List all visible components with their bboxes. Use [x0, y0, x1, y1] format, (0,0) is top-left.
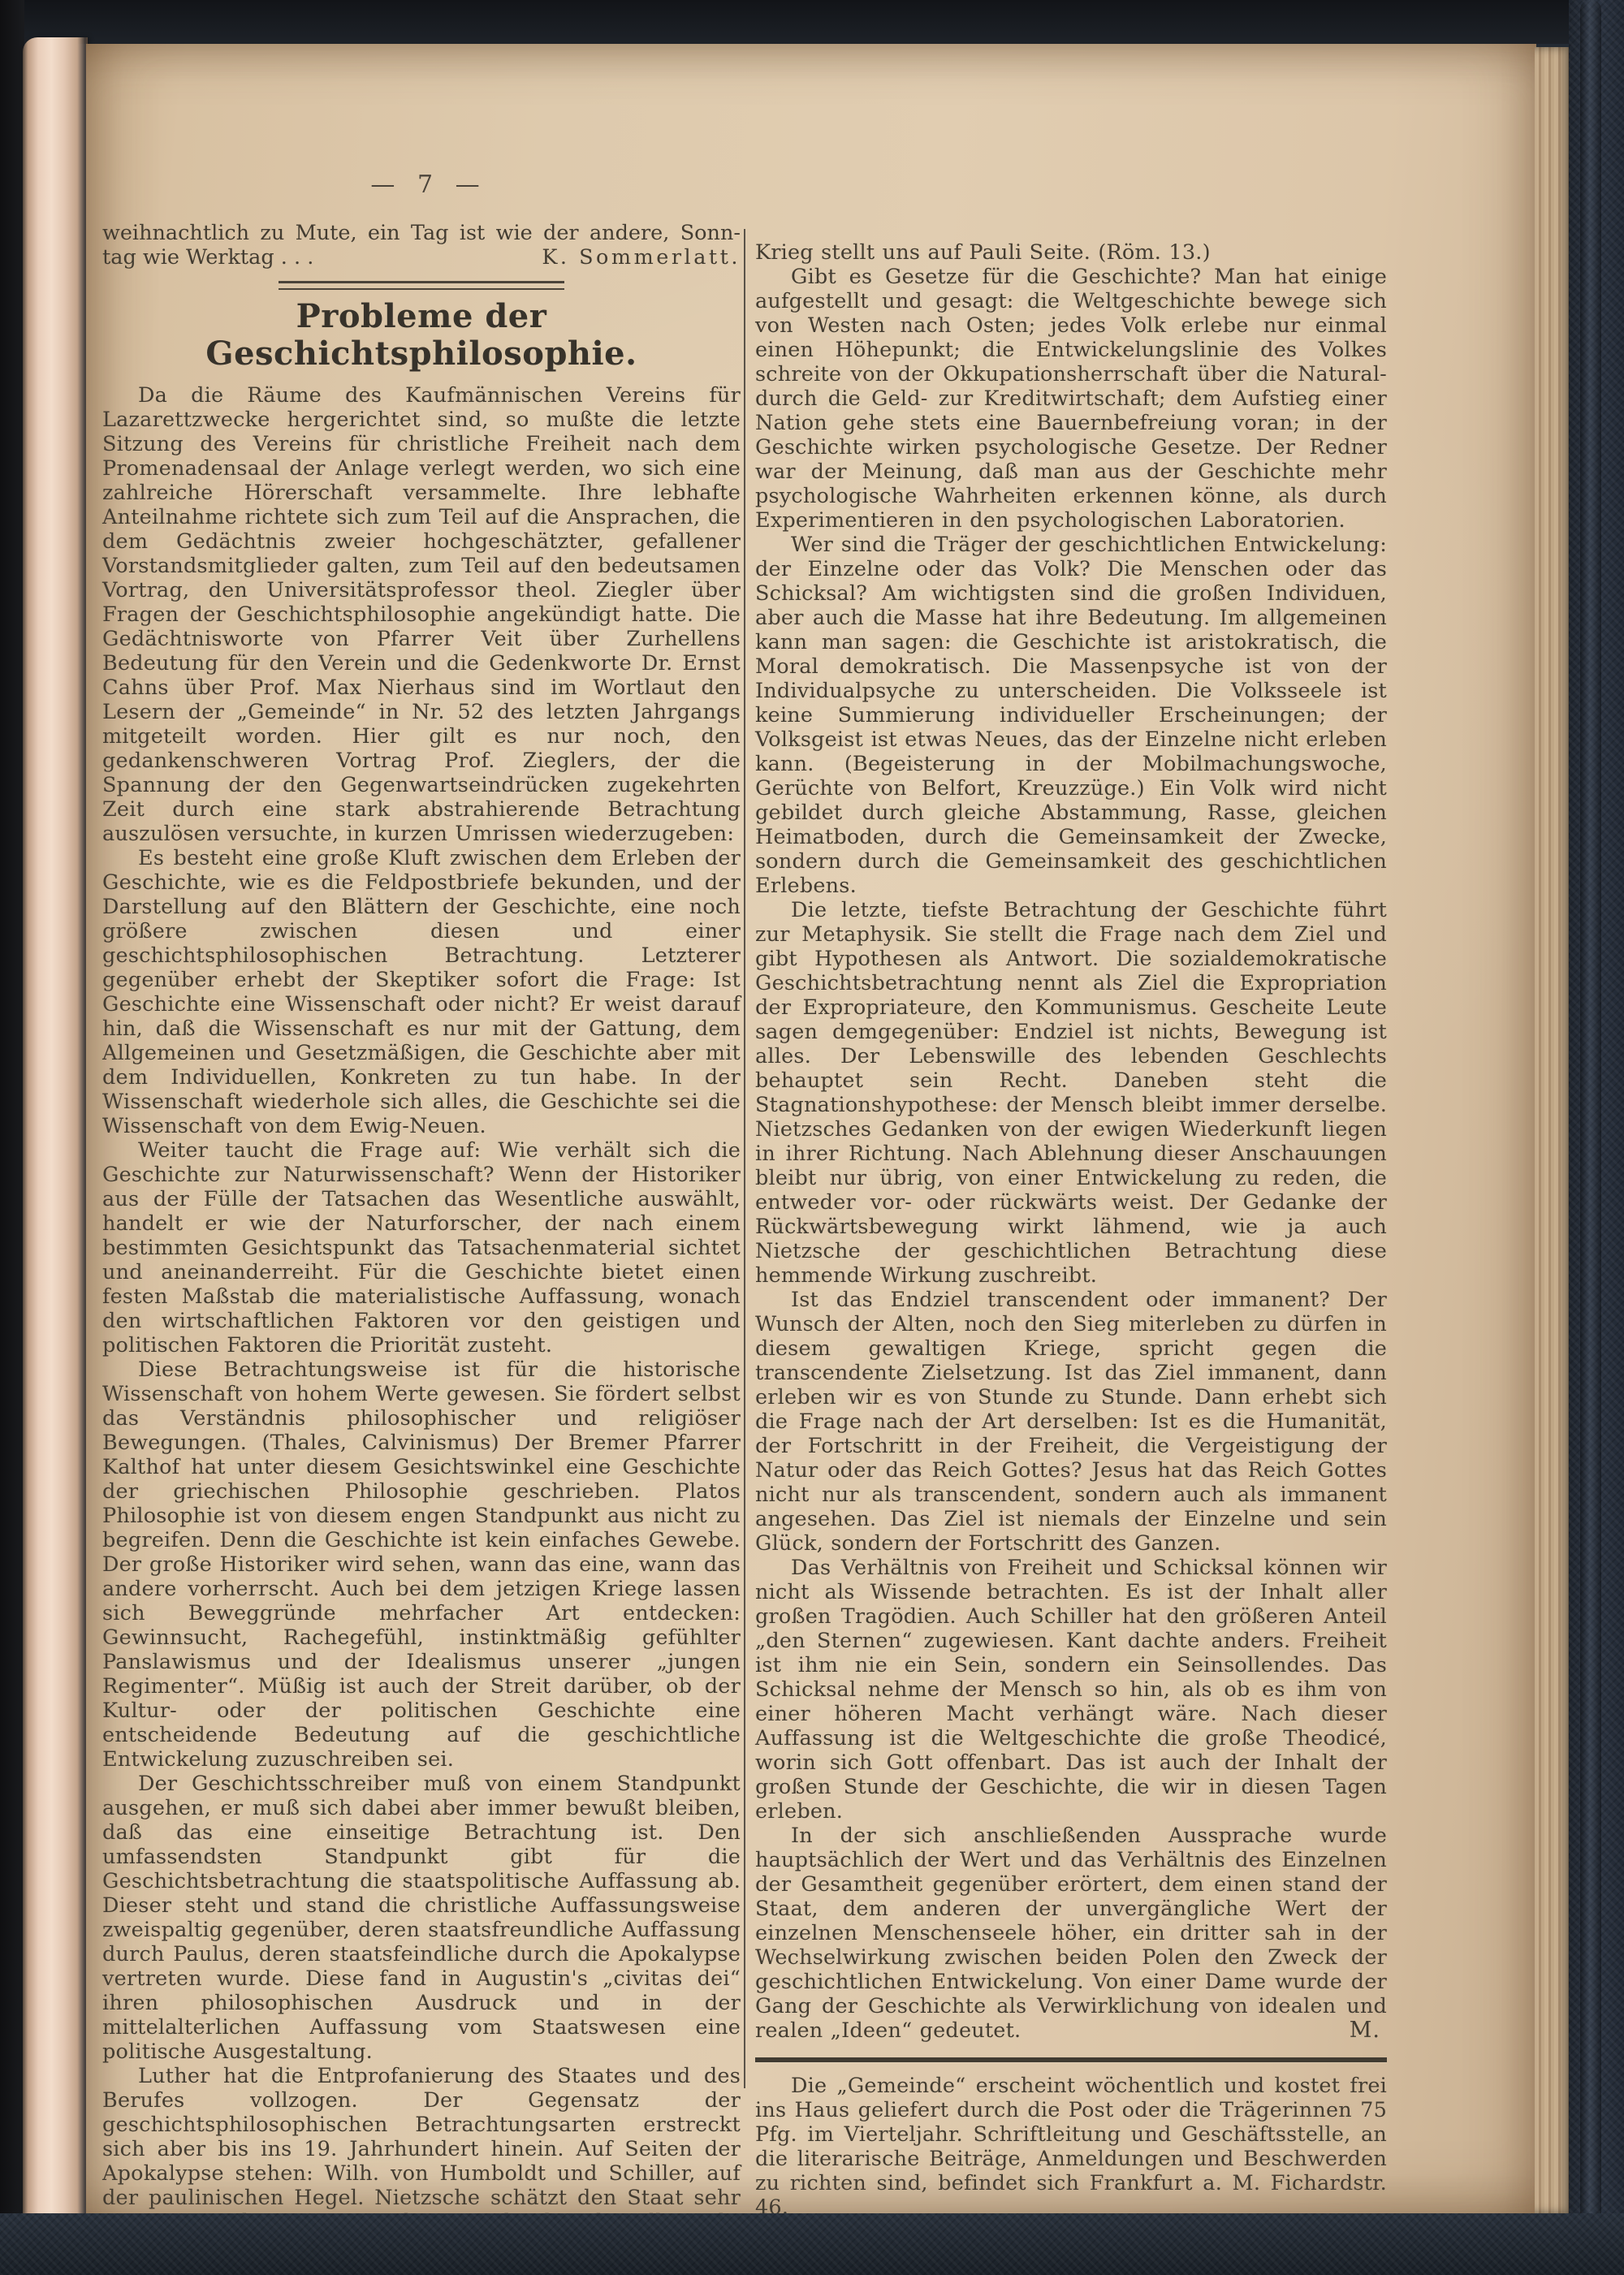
continuation-signature-row: tag wie Werktag . . . K. Sommerlatt. [102, 245, 741, 270]
paragraph: Ist das Endziel transcendent oder immane… [755, 1288, 1387, 1556]
paragraph: Gibt es Gesetze für die Geschichte? Man … [755, 265, 1387, 533]
paragraph: Da die Räume des Kaufmännischen Vereins … [102, 383, 741, 846]
paragraph: Krieg stellt uns auf Pauli Seite. (Röm. … [755, 240, 1387, 265]
paragraph: Die letzte, tiefste Betrachtung der Gesc… [755, 898, 1387, 1288]
right-text-column: Krieg stellt uns auf Pauli Seite. (Röm. … [755, 240, 1387, 2220]
column-divider-rule [744, 229, 745, 2088]
paragraph: Wer sind die Träger der geschichtlichen … [755, 533, 1387, 898]
cover-hinge-ridge [1580, 0, 1601, 2275]
double-rule-separator [279, 281, 564, 290]
paragraph: Es besteht eine große Kluft zwischen dem… [102, 846, 741, 1138]
book-cover-top-edge [0, 0, 1624, 44]
continuation-text-line: tag wie Werktag . . . [102, 245, 313, 270]
scanned-paper-page: — 7 — weihnachtlich zu Mute, ein Tag ist… [86, 44, 1536, 2215]
scanned-book-page-scene: — 7 — weihnachtlich zu Mute, ein Tag ist… [0, 0, 1624, 2275]
page-stack-fore-edge [1535, 47, 1572, 2213]
paragraph: Der Geschichtsschreiber muß von einem St… [102, 1772, 741, 2064]
continuation-text-line: weihnachtlich zu Mute, ein Tag ist wie d… [102, 221, 741, 245]
heavy-rule-separator [755, 2057, 1387, 2062]
right-column-paragraphs: Krieg stellt uns auf Pauli Seite. (Röm. … [755, 240, 1387, 2043]
paragraph: In der sich anschließenden Aussprache wu… [755, 1824, 1387, 2043]
paragraph: Weiter taucht die Frage auf: Wie verhält… [102, 1138, 741, 1358]
book-cover-bottom-leather [0, 2213, 1624, 2275]
page-number: — 7 — [354, 171, 497, 199]
left-column-paragraphs: Da die Räume des Kaufmännischen Vereins … [102, 383, 741, 2259]
book-cover-left-edge [0, 0, 24, 2275]
author-signature: K. Sommerlatt. [542, 245, 741, 270]
left-text-column: weihnachtlich zu Mute, ein Tag ist wie d… [102, 221, 741, 2259]
article-title: Probleme der Geschichtsphilosophie. [102, 298, 741, 373]
curled-page-edge [23, 37, 88, 2257]
paragraph: Diese Betrachtungsweise ist für die hist… [102, 1358, 741, 1772]
paragraph: Das Verhältnis von Freiheit und Schicksa… [755, 1556, 1387, 1824]
publication-footer-notice: Die „Gemeinde“ erscheint wöchentlich und… [755, 2074, 1387, 2220]
